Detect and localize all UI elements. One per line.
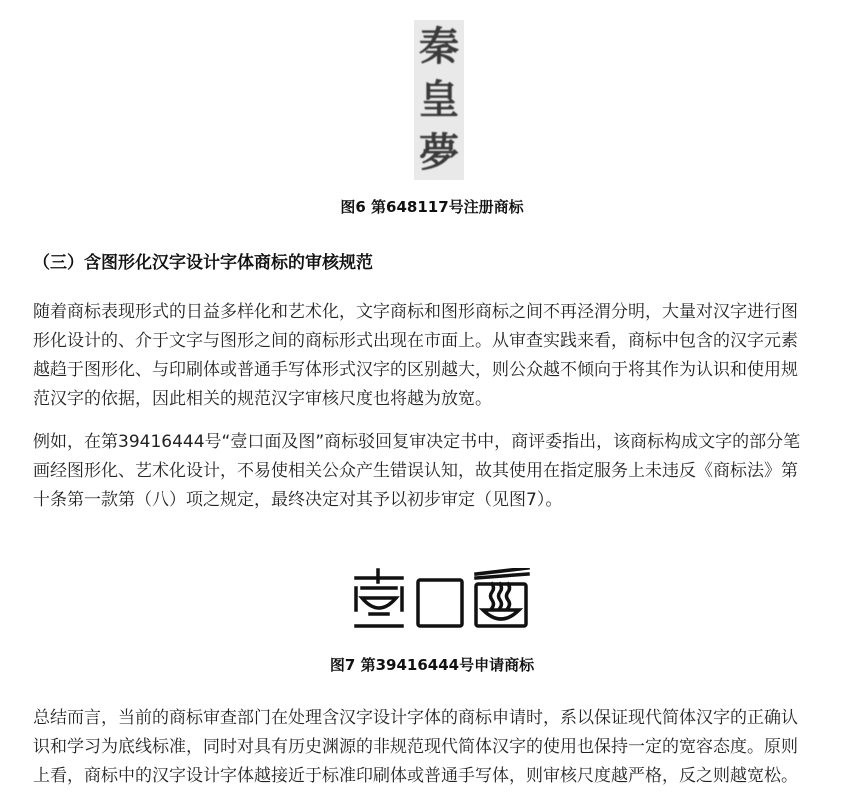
paragraph-line: 画经图形化、艺术化设计，不易使相关公众产生错误认知，故其使用在指定服务上未违反《…: [33, 457, 848, 486]
paragraph-line: 十条第一款第（八）项之规定，最终决定对其予以初步审定（见图7）。: [33, 486, 848, 515]
seal-glyph: 夢: [419, 131, 459, 175]
paragraph-line: 例如，在第39416444号“壹口面及图”商标驳回复审决定书中，商评委指出，该商…: [33, 428, 848, 457]
paragraph-line: 范汉字的依据，因此相关的规范汉字审核尺度也将越为放宽。: [33, 385, 848, 414]
paragraph-line: 总结而言，当前的商标审查部门在处理含汉字设计字体的商标申请时，系以保证现代简体汉…: [33, 704, 848, 733]
paragraph-line: 识和学习为底线标准，同时对具有历史渊源的非规范现代简体汉字的使用也保持一定的宽容…: [33, 733, 848, 762]
paragraph-1: 随着商标表现形式的日益多样化和艺术化，文字商标和图形商标之间不再泾渭分明，大量对…: [33, 298, 848, 414]
figure7-caption: 图7 第39416444号申请商标: [0, 654, 864, 675]
figure6-trademark-image: 秦 皇 夢: [414, 20, 464, 180]
paragraph-line: 随着商标表现形式的日益多样化和艺术化，文字商标和图形商标之间不再泾渭分明，大量对…: [33, 298, 848, 327]
paragraph-line: 上看，商标中的汉字设计字体越接近于标准印刷体或普通手写体，则审核尺度越严格，反之…: [33, 762, 848, 791]
paragraph-2: 例如，在第39416444号“壹口面及图”商标驳回复审决定书中，商评委指出，该商…: [33, 428, 848, 515]
section-heading: （三）含图形化汉字设计字体商标的审核规范: [33, 248, 373, 273]
figure6-caption: 图6 第648117号注册商标: [0, 196, 864, 217]
paragraph-line: 越趋于图形化、与印刷体或普通手写体形式汉字的区别越大，则公众越不倾向于将其作为认…: [33, 356, 848, 385]
paragraph-3: 总结而言，当前的商标审查部门在处理含汉字设计字体的商标申请时，系以保证现代简体汉…: [33, 704, 848, 791]
seal-glyph: 秦: [419, 25, 459, 69]
seal-glyph: 皇: [419, 78, 459, 122]
figure7-trademark-image: [352, 568, 530, 630]
paragraph-line: 形化设计的、介于文字与图形之间的商标形式出现在市面上。从审查实践来看，商标中包含…: [33, 327, 848, 356]
